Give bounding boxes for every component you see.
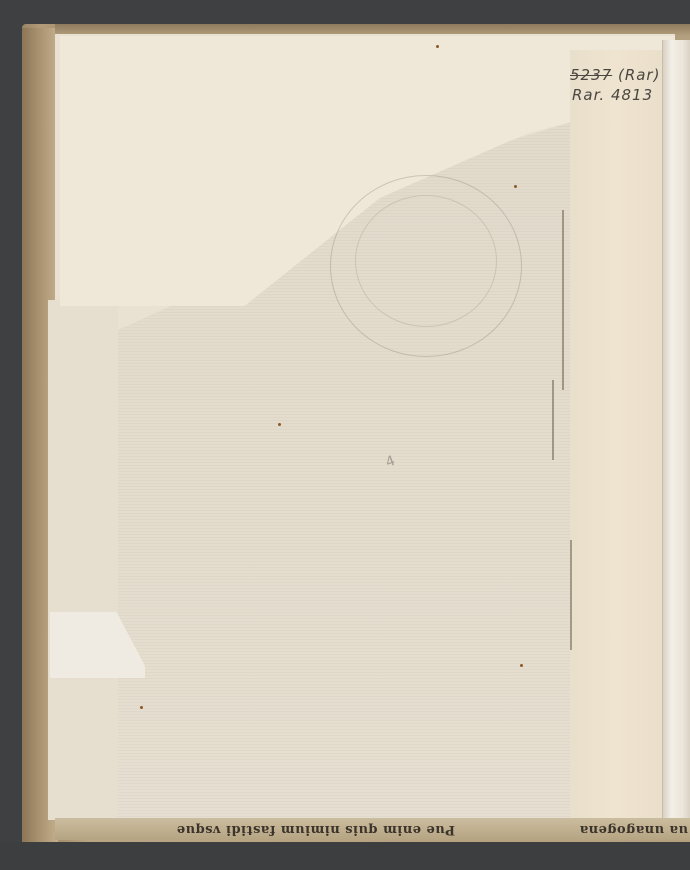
foxing-spot xyxy=(140,706,143,709)
left-margin-paper xyxy=(48,300,118,820)
tear-line xyxy=(562,210,564,390)
foxing-spot xyxy=(278,423,281,426)
old-shelfmark: 5237 (Rar) xyxy=(570,66,680,84)
handwritten-shelfmark: 5237 (Rar) Rar. 4813 xyxy=(570,66,680,106)
current-shelfmark: Rar. 4813 xyxy=(572,84,680,106)
foxing-spot xyxy=(520,664,523,667)
foxing-spot xyxy=(514,185,517,188)
scanned-page: 5237 (Rar) Rar. 4813 4 Pue enim quis nim… xyxy=(0,0,690,870)
upside-down-print-right: ua unagogena xyxy=(536,820,688,838)
right-paper-strip xyxy=(570,50,662,830)
right-page-edge xyxy=(662,40,690,830)
scan-background-bottom xyxy=(0,842,690,870)
foxing-spot xyxy=(436,45,439,48)
upside-down-print-left: Pue enim quis nimium fastidi vsque xyxy=(135,820,455,838)
stamp-impression-inner xyxy=(355,195,497,327)
tear-line xyxy=(552,380,554,460)
tear-line xyxy=(570,540,572,650)
